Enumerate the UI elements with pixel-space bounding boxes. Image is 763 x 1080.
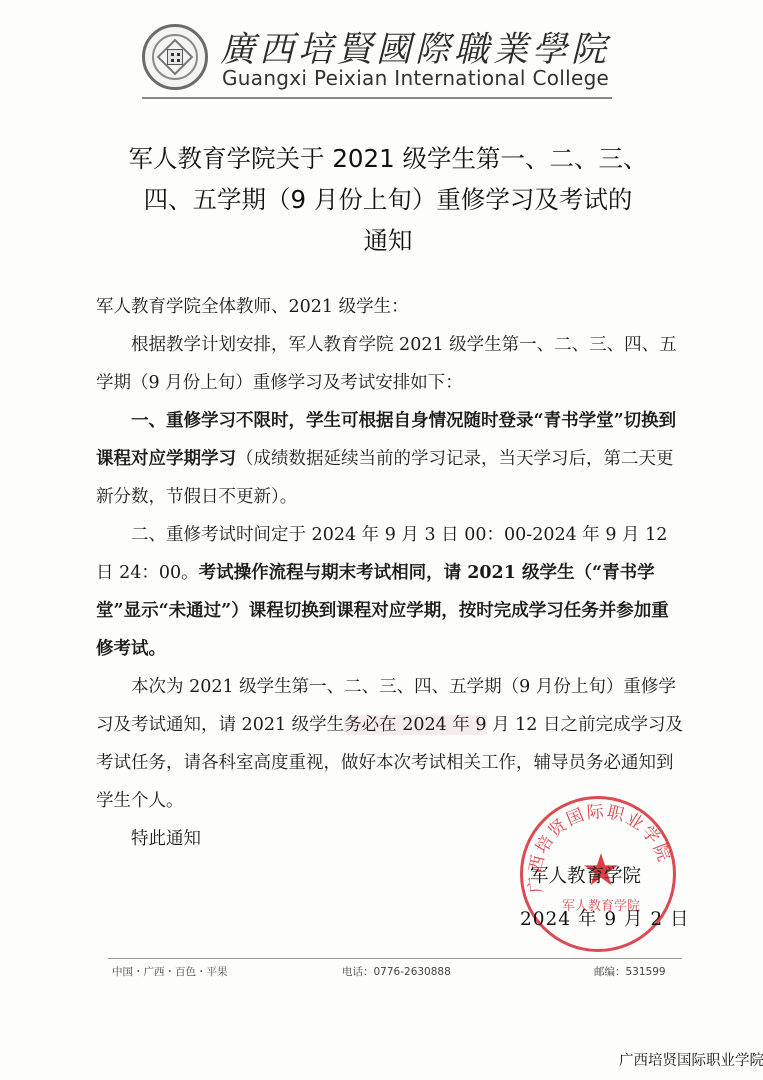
footer-phone: 电话：0776-2630888 [342, 964, 451, 979]
title-line-1: 军人教育学院关于 2021 级学生第一、二、三、 [88, 138, 688, 179]
letterhead: 廣西培賢國際職業學院 Guangxi Peixian International… [142, 22, 612, 94]
title-line-2: 四、五学期（9 月份上旬）重修学习及考试的 [88, 179, 688, 220]
item-2-paragraph: 二、重修考试时间定于 2024 年 9 月 3 日 00：00-2024 年 9… [96, 516, 686, 668]
footer-divider [108, 958, 682, 959]
closing-highlight: 务必在 2024 年 9 [344, 715, 486, 735]
college-name-en: Guangxi Peixian International College [222, 66, 609, 90]
college-name-cn: 廣西培賢國際職業學院 [220, 22, 610, 72]
document-body: 军人教育学院全体教师、2021 级学生： 根据教学计划安排，军人教育学院 202… [96, 288, 686, 858]
document-page: 廣西培賢國際職業學院 Guangxi Peixian International… [0, 0, 763, 1080]
footer-address: 中国・广西・百色・平果 [112, 964, 228, 979]
letterhead-divider [142, 97, 612, 99]
item-1-paragraph: 一、重修学习不限时，学生可根据自身情况随时登录“青书学堂”切换到课程对应学期学习… [96, 402, 686, 516]
footer-postcode: 邮编：531599 [594, 964, 666, 979]
college-seal-logo-icon [142, 24, 208, 90]
intro-paragraph: 根据教学计划安排，军人教育学院 2021 级学生第一、二、三、四、五学期（9 月… [96, 326, 686, 402]
source-watermark: 广西培贤国际职业学院 [619, 1049, 763, 1070]
document-title: 军人教育学院关于 2021 级学生第一、二、三、 四、五学期（9 月份上旬）重修… [88, 138, 688, 261]
title-line-3: 通知 [88, 220, 688, 261]
salutation: 军人教育学院全体教师、2021 级学生： [96, 288, 686, 326]
issuer-signature: 军人教育学院 [530, 862, 641, 888]
issue-date: 2024 年 9 月 2 日 [520, 905, 690, 931]
